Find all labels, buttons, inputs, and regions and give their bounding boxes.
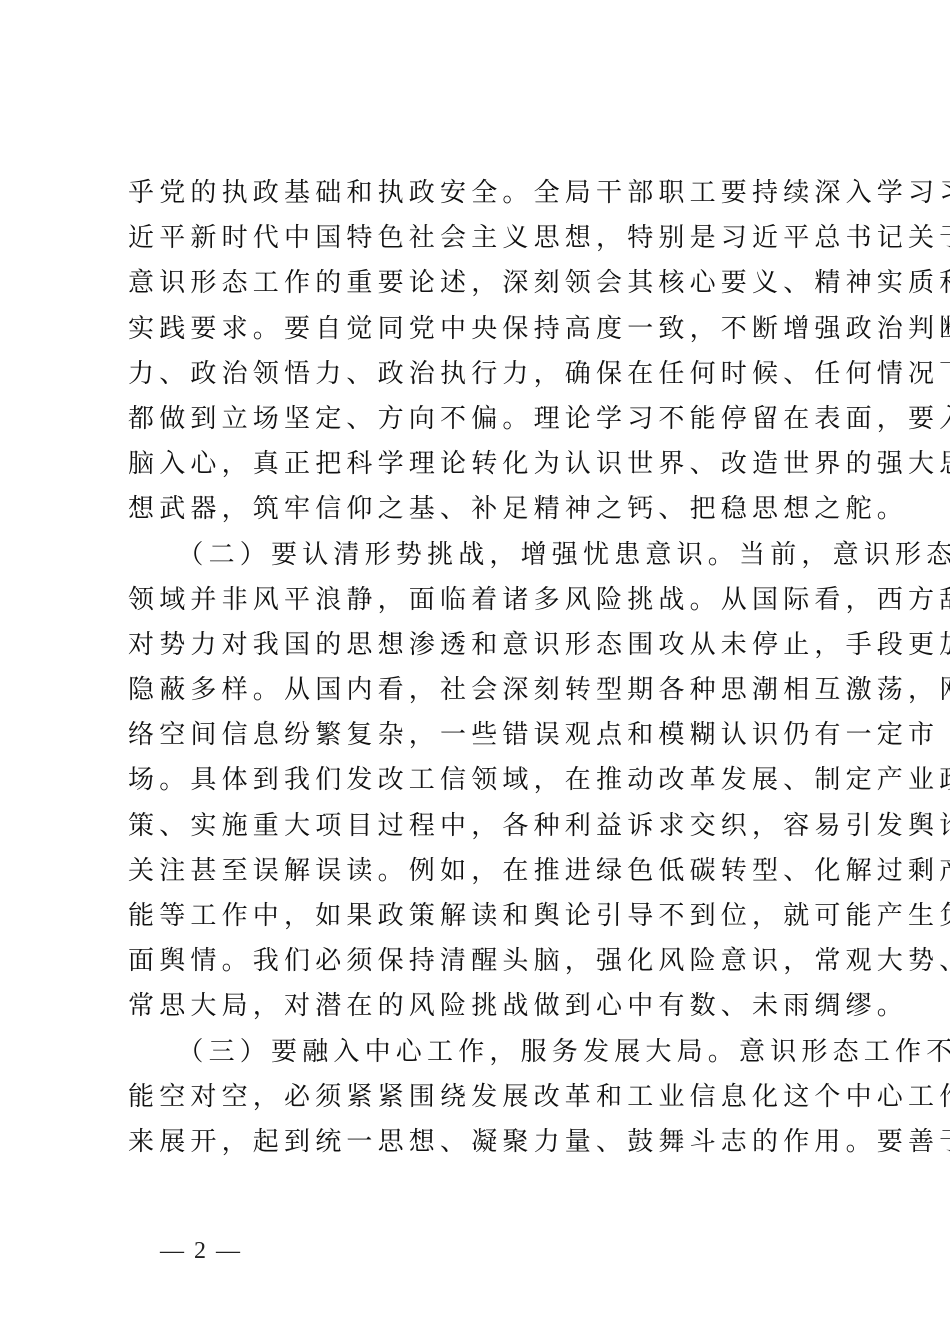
text-line: 来展开，起到统一思想、凝聚力量、鼓舞斗志的作用。要善于 bbox=[128, 1120, 838, 1165]
text-line: 能等工作中，如果政策解读和舆论引导不到位，就可能产生负 bbox=[128, 894, 838, 939]
text-line: 意识形态工作的重要论述，深刻领会其核心要义、精神实质和 bbox=[128, 261, 838, 306]
text-line: 都做到立场坚定、方向不偏。理论学习不能停留在表面，要入 bbox=[128, 397, 838, 442]
text-line: 实践要求。要自觉同党中央保持高度一致，不断增强政治判断 bbox=[128, 307, 838, 352]
text-line: 对势力对我国的思想渗透和意识形态围攻从未停止，手段更加 bbox=[128, 623, 838, 668]
section-heading-line: （三）要融入中心工作，服务发展大局。意识形态工作不 bbox=[128, 1030, 838, 1075]
text-line: 场。具体到我们发改工信领域，在推动改革发展、制定产业政 bbox=[128, 758, 838, 803]
body-text: 乎党的执政基础和执政安全。全局干部职工要持续深入学习习 近平新时代中国特色社会主… bbox=[128, 171, 838, 1165]
text-line: 隐蔽多样。从国内看，社会深刻转型期各种思潮相互激荡，网 bbox=[128, 668, 838, 713]
text-line: 面舆情。我们必须保持清醒头脑，强化风险意识，常观大势、 bbox=[128, 939, 838, 984]
document-page: 乎党的执政基础和执政安全。全局干部职工要持续深入学习习 近平新时代中国特色社会主… bbox=[0, 0, 950, 1344]
text-line: 近平新时代中国特色社会主义思想，特别是习近平总书记关于 bbox=[128, 216, 838, 261]
text-line: 想武器，筑牢信仰之基、补足精神之钙、把稳思想之舵。 bbox=[128, 487, 838, 532]
text-line: 常思大局，对潜在的风险挑战做到心中有数、未雨绸缪。 bbox=[128, 984, 838, 1029]
text-line: 力、政治领悟力、政治执行力，确保在任何时候、任何情况下 bbox=[128, 352, 838, 397]
text-line: 策、实施重大项目过程中，各种利益诉求交织，容易引发舆论 bbox=[128, 804, 838, 849]
text-line: 领域并非风平浪静，面临着诸多风险挑战。从国际看，西方敌 bbox=[128, 578, 838, 623]
text-line: 乎党的执政基础和执政安全。全局干部职工要持续深入学习习 bbox=[128, 171, 838, 216]
text-line: 脑入心，真正把科学理论转化为认识世界、改造世界的强大思 bbox=[128, 442, 838, 487]
text-line: 络空间信息纷繁复杂，一些错误观点和模糊认识仍有一定市 bbox=[128, 713, 838, 758]
text-line: 关注甚至误解误读。例如，在推进绿色低碳转型、化解过剩产 bbox=[128, 849, 838, 894]
section-heading-line: （二）要认清形势挑战，增强忧患意识。当前，意识形态 bbox=[128, 533, 838, 578]
page-number: — 2 — bbox=[160, 1238, 242, 1265]
text-line: 能空对空，必须紧紧围绕发展改革和工业信息化这个中心工作 bbox=[128, 1075, 838, 1120]
